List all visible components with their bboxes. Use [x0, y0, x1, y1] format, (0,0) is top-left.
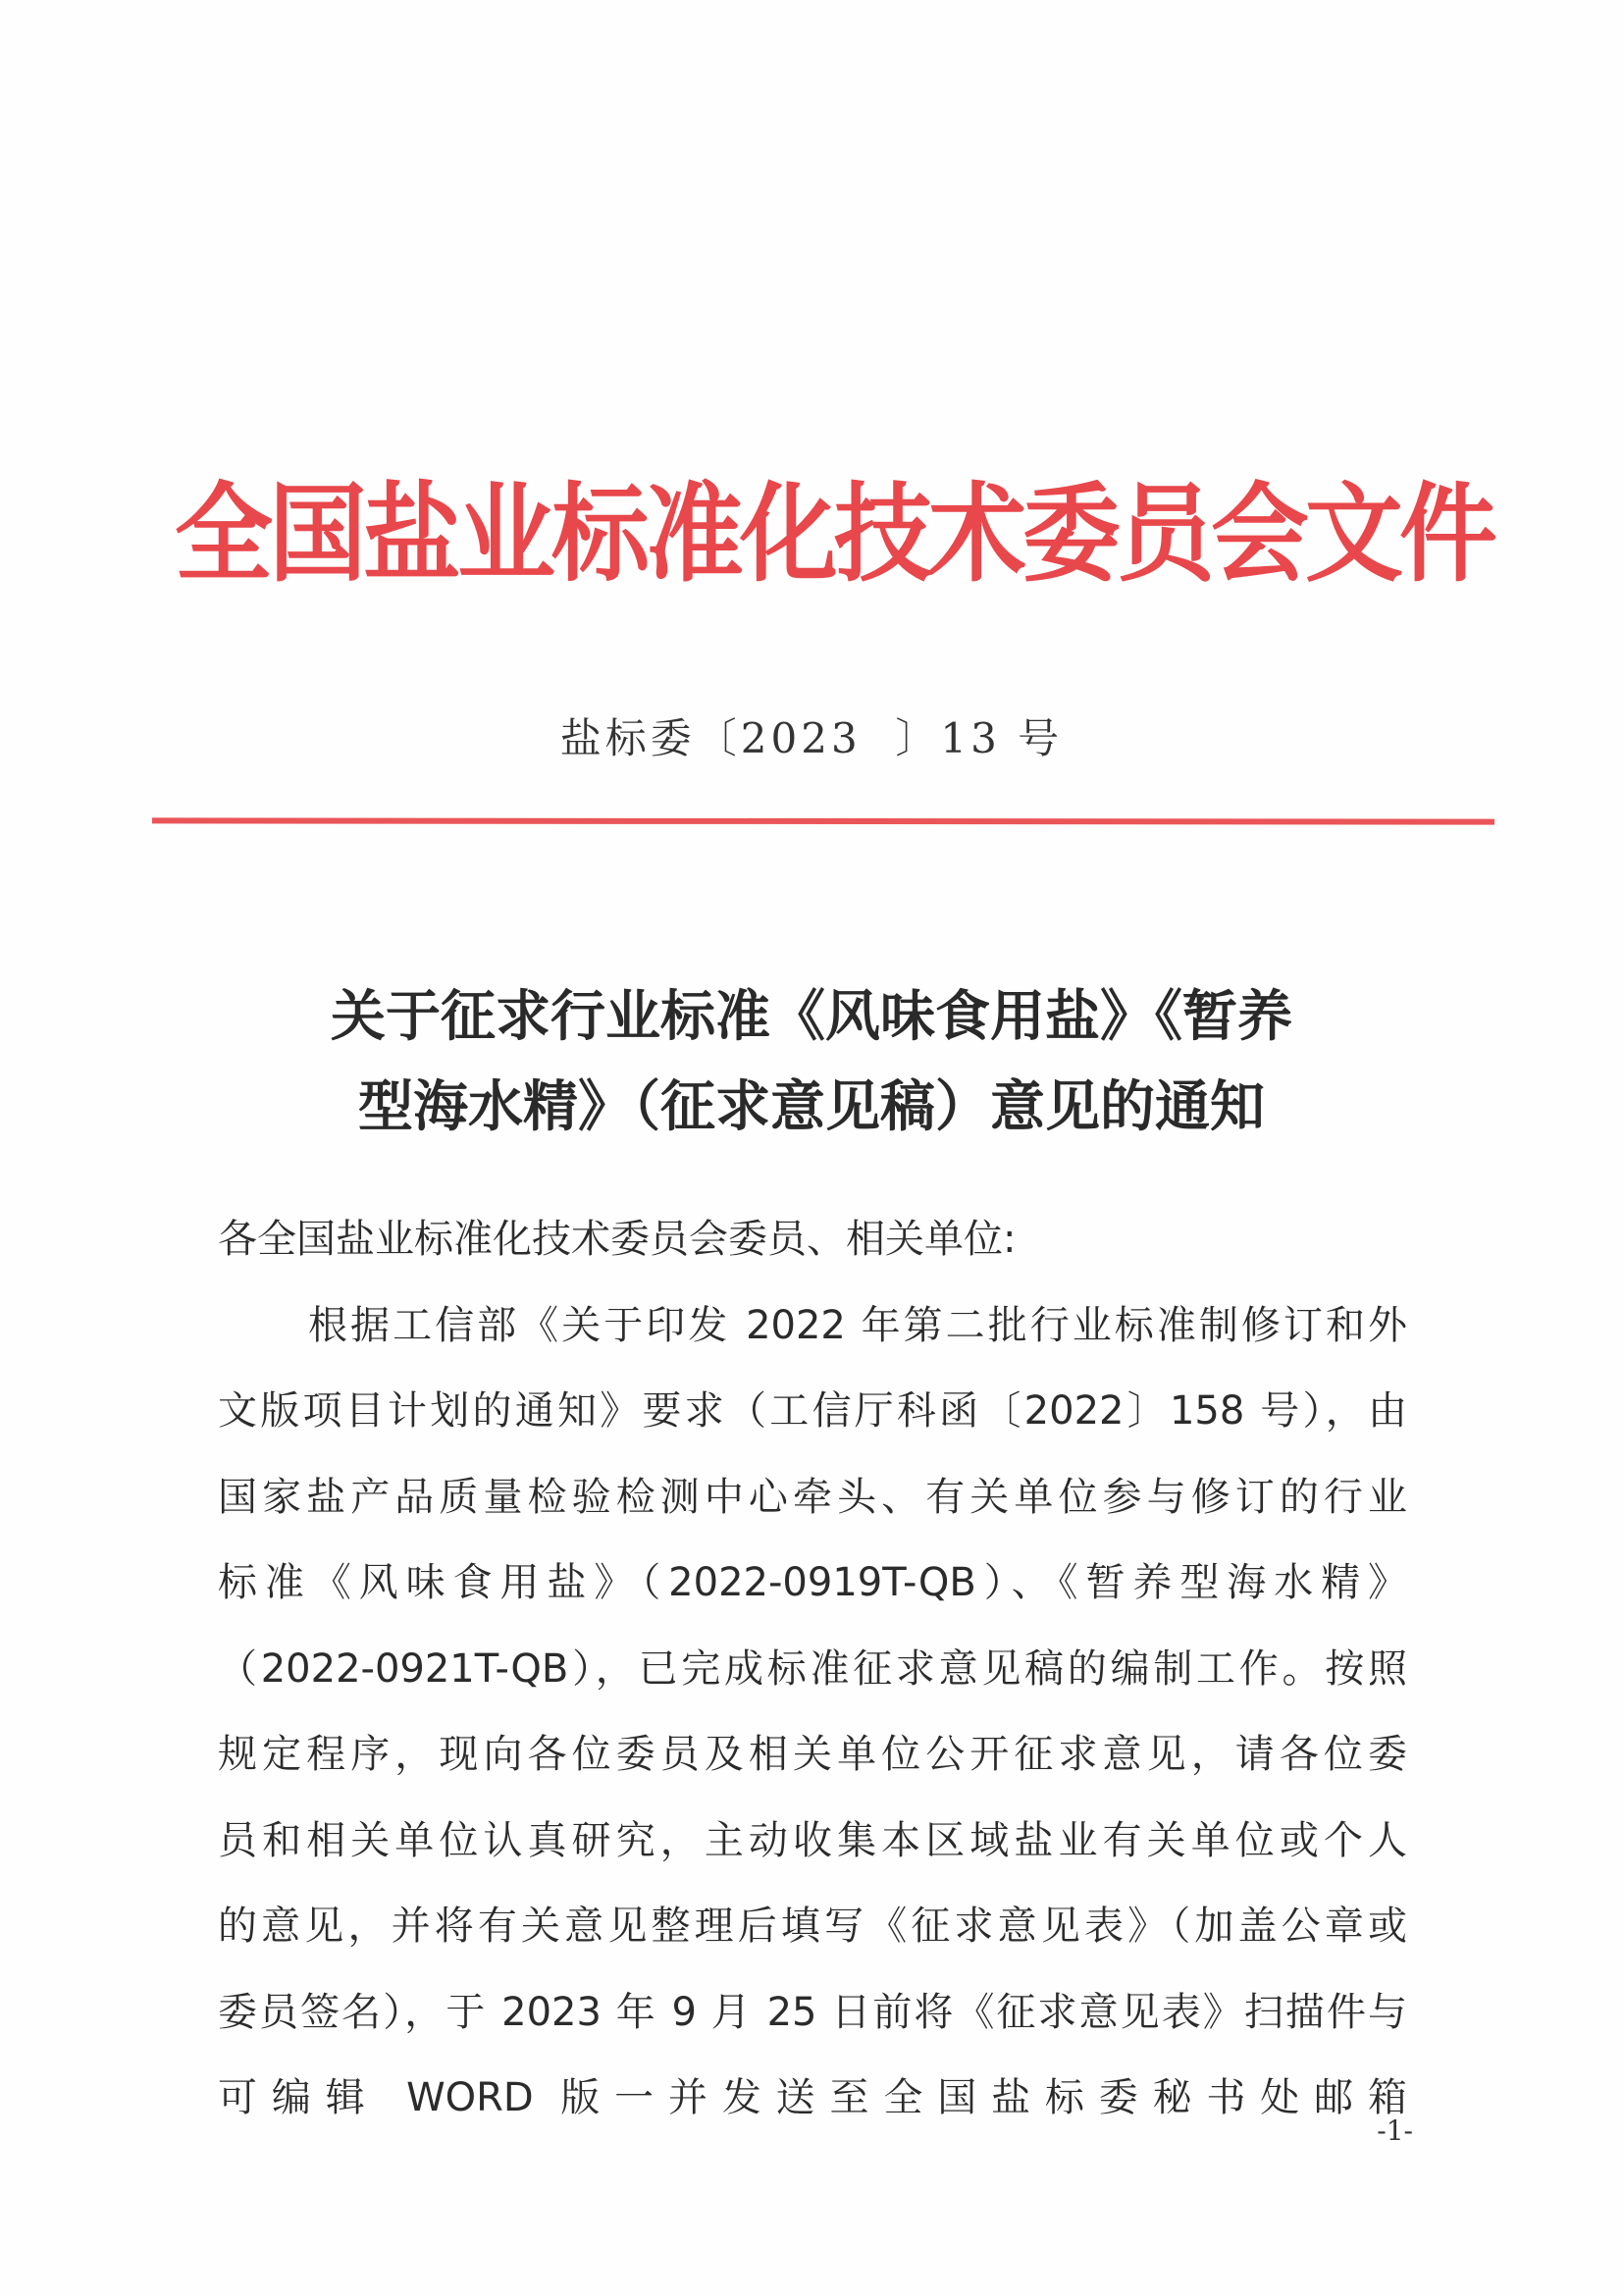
body-line: 委员签名），于 2023 年 9 月 25 日前将《征求意见表》扫描件与: [218, 1970, 1407, 2057]
notice-body: 各全国盐业标准化技术委员会委员、相关单位: 根据工信部《关于印发 2022 年第…: [218, 1197, 1407, 2142]
body-line: 标准《风味食用盐》（2022-0919T-QB）、《暂养型海水精》: [218, 1540, 1407, 1627]
body-line: 根据工信部《关于印发 2022 年第二批行业标准制修订和外: [218, 1283, 1407, 1370]
body-line: （2022-0921T-QB），已完成标准征求意见稿的编制工作。按照: [218, 1627, 1407, 1713]
body-line: 的意见，并将有关意见整理后填写《征求意见表》（加盖公章或: [218, 1884, 1407, 1970]
body-line: 国家盐产品质量检验检测中心牵头、有关单位参与修订的行业: [218, 1455, 1407, 1541]
document-page: 全国盐业标准化技术委员会文件 盐标委〔2023 〕13 号 关于征求行业标准《风…: [0, 0, 1623, 2296]
notice-title: 关于征求行业标准《风味食用盐》《暂养 型海水精》（征求意见稿）意见的通知: [196, 971, 1427, 1152]
title-line-2: 型海水精》（征求意见稿）意见的通知: [196, 1062, 1427, 1152]
page-number: -1-: [1344, 2114, 1413, 2147]
body-line: 文版项目计划的通知》要求（工信厅科函〔2022〕158 号），由: [218, 1369, 1407, 1455]
body-line: 员和相关单位认真研究，主动收集本区域盐业有关单位或个人: [218, 1799, 1407, 1885]
red-divider-line: [152, 817, 1494, 824]
document-number: 盐标委〔2023 〕13 号: [0, 706, 1623, 765]
salutation: 各全国盐业标准化技术委员会委员、相关单位:: [218, 1197, 1407, 1283]
masthead-title: 全国盐业标准化技术委员会文件: [175, 458, 1493, 593]
body-line: 可编辑 WORD 版一并发送至全国盐标委秘书处邮箱: [218, 2056, 1407, 2142]
title-line-1: 关于征求行业标准《风味食用盐》《暂养: [196, 971, 1427, 1062]
body-line: 规定程序，现向各位委员及相关单位公开征求意见，请各位委: [218, 1712, 1407, 1799]
